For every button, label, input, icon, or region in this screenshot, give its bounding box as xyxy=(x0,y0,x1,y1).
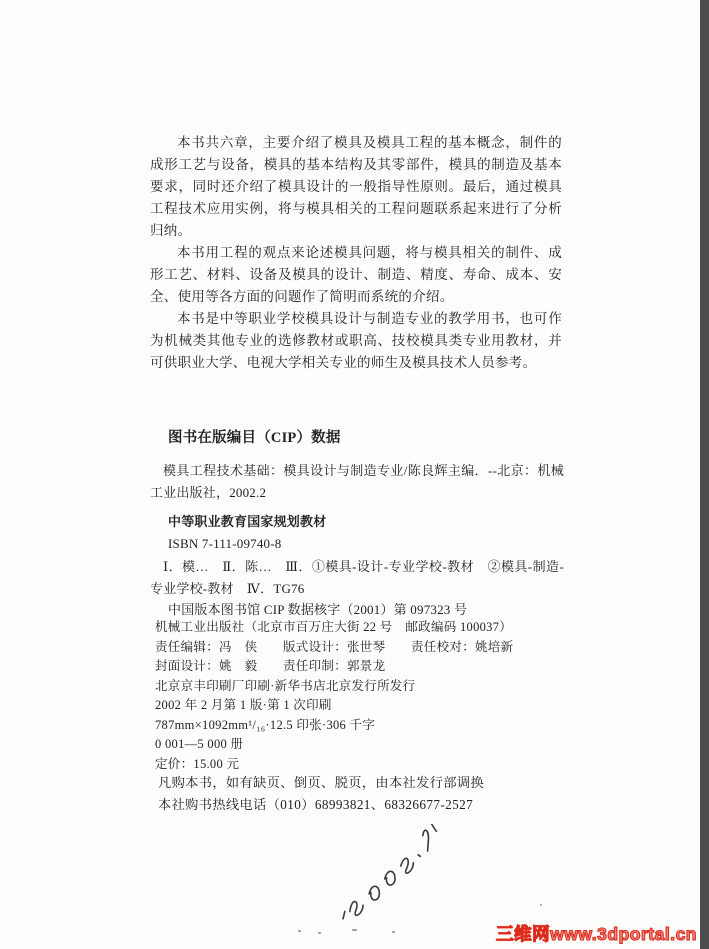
handwriting-scribble-icon xyxy=(330,824,450,924)
cip-record: 模具工程技术基础：模具设计与制造专业/陈良辉主编．--北京：机械工业出版社，20… xyxy=(150,460,564,504)
scan-speck xyxy=(540,904,542,906)
scan-speck xyxy=(352,929,357,931)
cip-data-block: 图书在版编目（CIP）数据 模具工程技术基础：模具设计与制造专业/陈良辉主编．-… xyxy=(150,428,564,620)
scan-edge xyxy=(700,0,709,949)
format-line: 787mm×1092mm¹/₁₆·12.5 印张·306 千字 xyxy=(155,716,565,736)
watermark: 三维网www.3dportal.cn xyxy=(496,921,697,946)
book-copyright-page: 本书共六章，主要介绍了模具及模具工程的基本概念，制件的成形工艺与设备，模具的基本… xyxy=(0,0,709,949)
imprint-block: 机械工业出版社（北京市百万庄大街 22 号 邮政编码 100037） 责任编辑：… xyxy=(155,618,565,774)
scan-speck xyxy=(298,930,301,932)
edition-line: 2002 年 2 月第 1 版·第 1 次印刷 xyxy=(155,696,565,716)
cip-heading: 图书在版编目（CIP）数据 xyxy=(168,428,564,448)
design-line: 封面设计：姚 毅 责任印制：郭景龙 xyxy=(155,657,565,677)
scan-speck xyxy=(392,931,395,933)
book-abstract: 本书共六章，主要介绍了模具及模具工程的基本概念，制件的成形工艺与设备，模具的基本… xyxy=(150,132,562,374)
handwritten-mark xyxy=(330,824,450,924)
exchange-note: 凡购本书，如有缺页、倒页、脱页，由本社发行部调换 xyxy=(158,772,568,794)
printer-line: 北京京丰印刷厂印刷·新华书店北京发行所发行 xyxy=(155,677,565,697)
editors-line: 责任编辑：冯 侠 版式设计：张世琴 责任校对：姚培新 xyxy=(155,638,565,658)
purchase-notes: 凡购本书，如有缺页、倒页、脱页，由本社发行部调换 本社购书热线电话（010）68… xyxy=(158,772,568,815)
cip-classification: Ⅰ．模… Ⅱ．陈… Ⅲ．①模具-设计-专业学校-教材 ②模具-制造-专业学校-教… xyxy=(150,556,564,600)
abstract-paragraph-2: 本书用工程的观点来论述模具问题，将与模具相关的制件、成形工艺、材料、设备及模具的… xyxy=(150,242,562,308)
print-run-line: 0 001—5 000 册 xyxy=(155,735,565,755)
publisher-line: 机械工业出版社（北京市百万庄大街 22 号 邮政编码 100037） xyxy=(155,618,565,638)
hotline-note: 本社购书热线电话（010）68993821、68326677-2527 xyxy=(158,794,568,816)
cip-registry: 中国版本图书馆 CIP 数据核字（2001）第 097323 号 xyxy=(168,600,564,620)
scan-speck xyxy=(318,932,321,934)
isbn-number: ISBN 7-111-09740-8 xyxy=(168,534,564,554)
series-title: 中等职业教育国家规划教材 xyxy=(168,512,564,532)
abstract-paragraph-3: 本书是中等职业学校模具设计与制造专业的教学用书，也可作为机械类其他专业的选修教材… xyxy=(150,308,562,374)
abstract-paragraph-1: 本书共六章，主要介绍了模具及模具工程的基本概念，制件的成形工艺与设备，模具的基本… xyxy=(150,132,562,242)
